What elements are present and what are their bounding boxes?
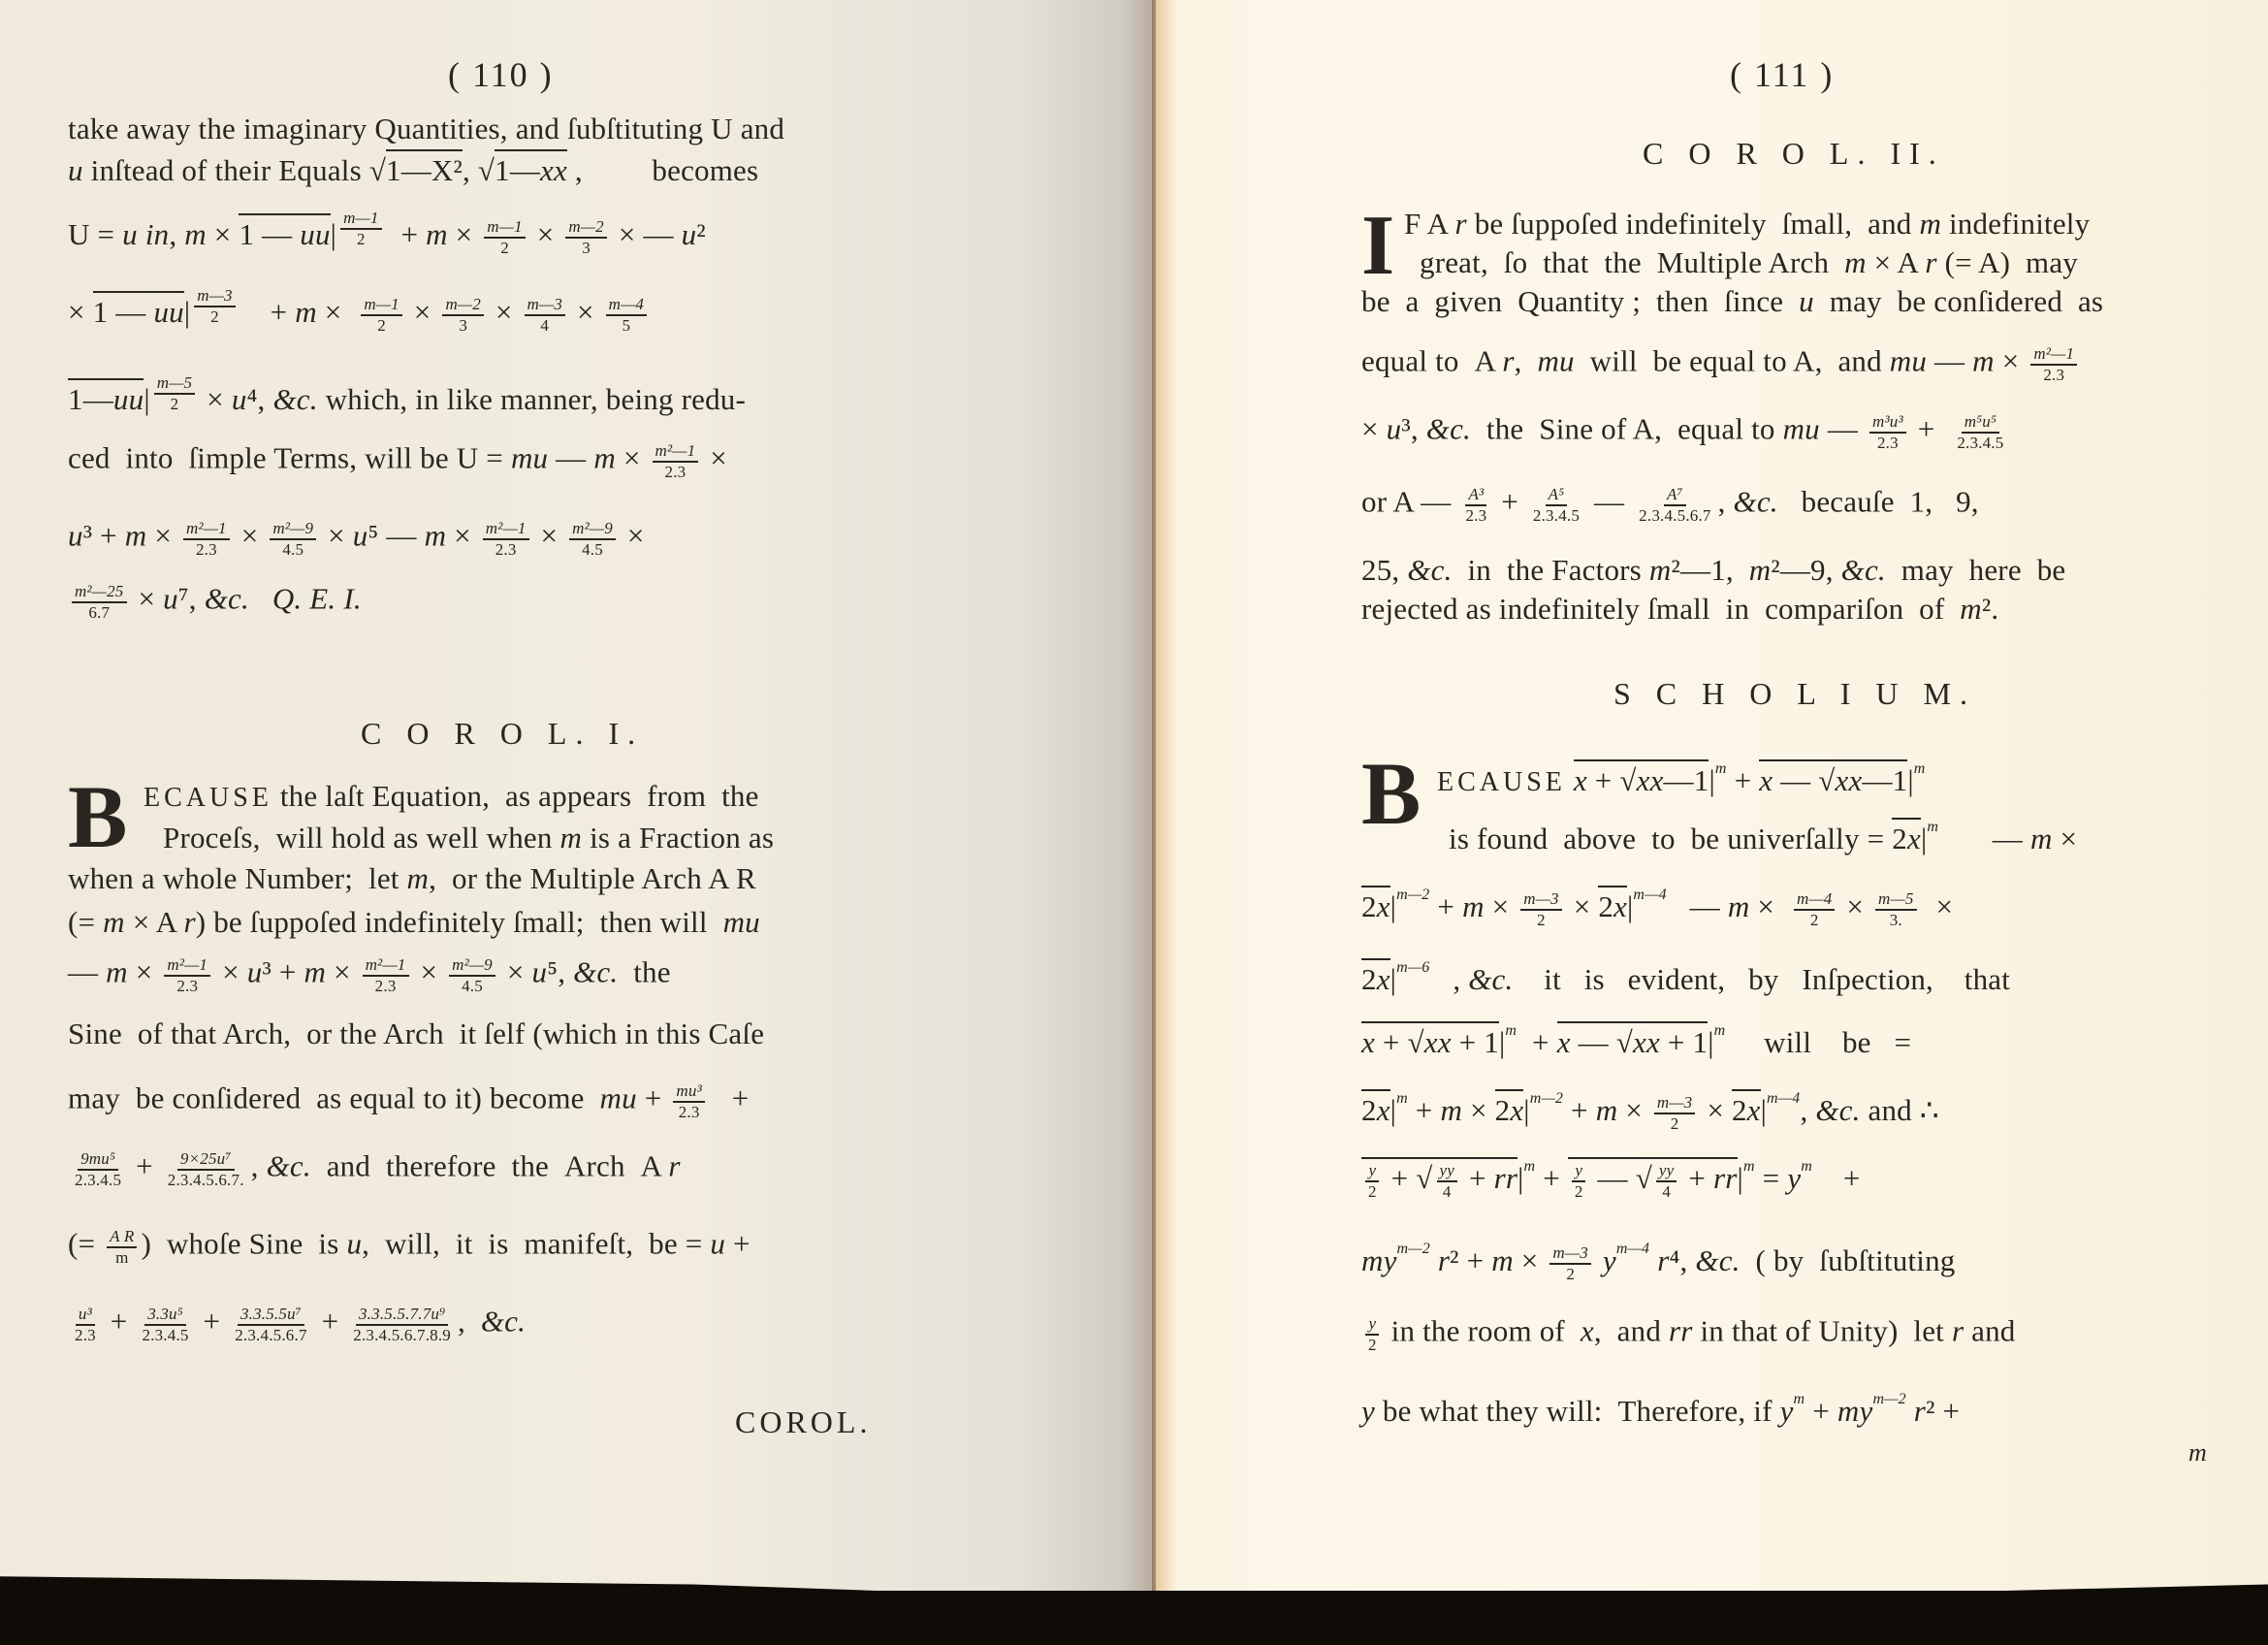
text-line: great, ſo that the Multiple Arch m × A r…: [1420, 247, 2078, 277]
text-line: (= m × A r) be ſuppoſed indefinitely ſma…: [68, 907, 760, 937]
catchword-corol: COROL.: [735, 1404, 871, 1440]
dropcap-b: B: [68, 772, 127, 861]
formula-line: × 1 — uu|m—32 + m × m—12 × m—23 × m—34 ×…: [68, 286, 651, 335]
dropcap-i: I: [1361, 204, 1394, 289]
formula-line: U = u in, m × 1 — uu|m—12 + m × m—12 × m…: [68, 209, 706, 257]
formula-line: (= A Rm) whoſe Sine is u, will, it is ma…: [68, 1227, 751, 1267]
text-line: 25, &c. in the Factors m²—1, m²—9, &c. m…: [1361, 555, 2065, 585]
formula-line: y2 in the room of x, and rr in that of U…: [1361, 1314, 2016, 1354]
text-line: ECAUSE the laſt Equation, as appears fro…: [144, 781, 759, 812]
formula-line: ced into ſimple Terms, will be U = mu — …: [68, 441, 727, 481]
text-line: Proceſs, will hold as well when m is a F…: [163, 822, 774, 853]
scan-background: [0, 1591, 2268, 1645]
formula-line: 2x|m + m × 2x|m—2 + m × m—32 × 2x|m—4, &…: [1361, 1091, 1939, 1133]
heading-corol-1: C O R O L. I.: [361, 716, 644, 752]
right-page: ( 111 ) C O R O L. II. I F A r be ſuppoſ…: [1156, 0, 2268, 1600]
formula-line: 9mu⁵2.3.4.5 + 9×25u⁷2.3.4.5.6.7., &c. an…: [68, 1149, 681, 1189]
formula-line: x + √xx + 1|m + x — √xx + 1|m will be =: [1361, 1023, 1911, 1057]
heading-scholium: S C H O L I U M.: [1613, 676, 1976, 712]
formula-line: equal to A r, mu will be equal to A, and…: [1361, 344, 2081, 384]
formula-line: 2x|m—6 , &c. it is evident, by Inſpectio…: [1361, 960, 2010, 994]
formula-line: is found above to be univerſally = 2x|m …: [1449, 820, 2077, 854]
formula-line: may be conſidered as equal to it) become…: [68, 1081, 749, 1121]
catchword-m: m: [2188, 1440, 2207, 1466]
formula-line: m²—256.7 × u⁷, &c. Q. E. I.: [68, 582, 362, 622]
formula-line: y2 + √yy4 + rr|m + y2 — √yy4 + rr|m = ym…: [1361, 1159, 1861, 1201]
formula-line: or A — A³2.3 + A⁵2.3.4.5 — A⁷2.3.4.5.6.7…: [1361, 485, 1979, 525]
dropcap-b: B: [1361, 749, 1421, 838]
text-line: be a given Quantity ; then ſince u may b…: [1361, 286, 2103, 316]
formula-line: 2x|m—2 + m × m—32 × 2x|m—4 — m × m—42 × …: [1361, 887, 1953, 929]
formula-line: u³2.3 + 3.3u⁵2.3.4.5 + 3.3.5.5u⁷2.3.4.5.…: [68, 1305, 526, 1344]
formula-line: u³ + m × m²—12.3 × m²—94.5 × u⁵ — m × m²…: [68, 519, 645, 559]
text-line: u inſtead of their Equals √1—X², √1—xx ,…: [68, 155, 921, 185]
formula-line: mym—2 r² + m × m—32 ym—4 r⁴, &c. ( by ſu…: [1361, 1242, 1955, 1283]
text-line: rejected as indefinitely ſmall in compar…: [1361, 594, 1998, 624]
heading-corol-2: C O R O L. II.: [1643, 136, 1945, 172]
text-line: take away the imaginary Quantities, and …: [68, 113, 921, 144]
formula-line: ECAUSE x + √xx—1|m + x — √xx—1|m: [1437, 761, 1926, 796]
formula-line: 1—uu|m—52 × u⁴, &c. which, in like manne…: [68, 373, 746, 414]
formula-line: — m × m²—12.3 × u³ + m × m²—12.3 × m²—94…: [68, 955, 671, 995]
left-page: ( 110 ) take away the imaginary Quantiti…: [0, 0, 1156, 1600]
text-line: when a whole Number; let m, or the Multi…: [68, 863, 756, 893]
page-number-111: ( 111 ): [1730, 54, 1834, 95]
text-line: Sine of that Arch, or the Arch it ſelf (…: [68, 1018, 764, 1048]
page-number-110: ( 110 ): [448, 54, 554, 95]
formula-line: × u³, &c. the Sine of A, equal to mu — m…: [1361, 412, 2010, 452]
formula-line: y be what they will: Therefore, if ym + …: [1361, 1392, 1960, 1426]
text-line: F A r be ſuppoſed indefinitely ſmall, an…: [1404, 209, 2090, 239]
